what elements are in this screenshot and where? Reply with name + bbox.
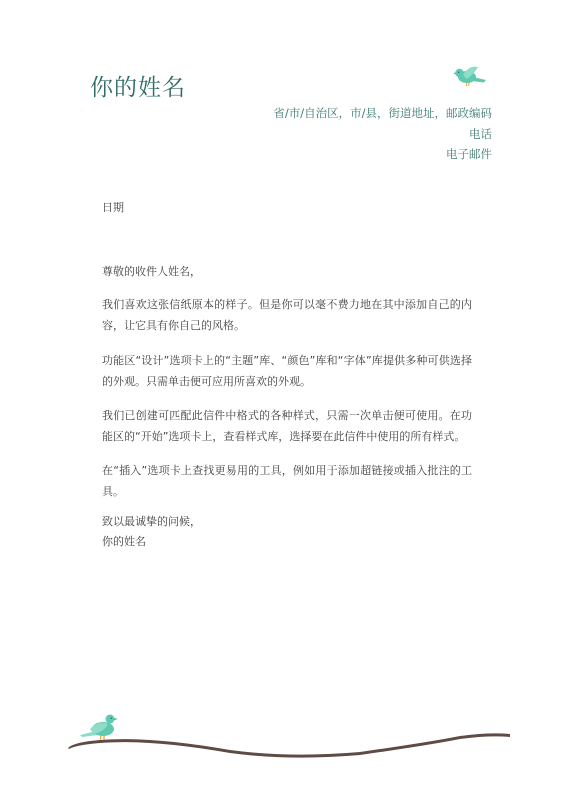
paragraph-text[interactable]: 我们已创建可匹配此信件中格式的各种样式，只需一次单击便可使用。在功能区的“开始”… <box>102 406 472 447</box>
body-paragraph-3: 我们已创建可匹配此信件中格式的各种样式，只需一次单击便可使用。在功能区的“开始”… <box>102 406 472 447</box>
signature[interactable]: 你的姓名 <box>102 532 472 553</box>
contact-block: 省/市/自治区，市/县，街道地址，邮政编码 电话 电子邮件 <box>273 103 492 165</box>
bird-on-branch-icon <box>60 708 520 764</box>
paragraph-text[interactable]: 在“插入”选项卡上查找更易用的工具，例如用于添加超链接或插入批注的工具。 <box>102 461 472 502</box>
email-line[interactable]: 电子邮件 <box>273 144 492 165</box>
body-paragraph-2: 功能区“设计”选项卡上的“主题”库、“颜色”库和“字体”库提供多种可供选择的外观… <box>102 351 472 392</box>
sender-name[interactable]: 你的姓名 <box>90 72 186 104</box>
letter-date[interactable]: 日期 <box>102 198 472 219</box>
bird-icon <box>453 64 487 88</box>
branch-bird <box>80 715 118 740</box>
body-paragraph-4: 在“插入”选项卡上查找更易用的工具，例如用于添加超链接或插入批注的工具。 <box>102 461 472 502</box>
paragraph-text[interactable]: 我们喜欢这张信纸原本的样子。但是你可以毫不费力地在其中添加自己的内容，让它具有你… <box>102 295 472 336</box>
salutation[interactable]: 尊敬的收件人姓名， <box>102 262 472 283</box>
body-paragraph-1: 我们喜欢这张信纸原本的样子。但是你可以毫不费力地在其中添加自己的内容，让它具有你… <box>102 295 472 336</box>
letter-page: 你的姓名 省/市/自治区，市/县，街道地址，邮政编码 电话 电子邮件 日期 尊敬… <box>0 0 564 800</box>
paragraph-text[interactable]: 功能区“设计”选项卡上的“主题”库、“颜色”库和“字体”库提供多种可供选择的外观… <box>102 351 472 392</box>
address-line[interactable]: 省/市/自治区，市/县，街道地址，邮政编码 <box>273 103 492 124</box>
closing[interactable]: 致以最诚挚的问候， <box>102 512 472 533</box>
phone-line[interactable]: 电话 <box>273 124 492 145</box>
